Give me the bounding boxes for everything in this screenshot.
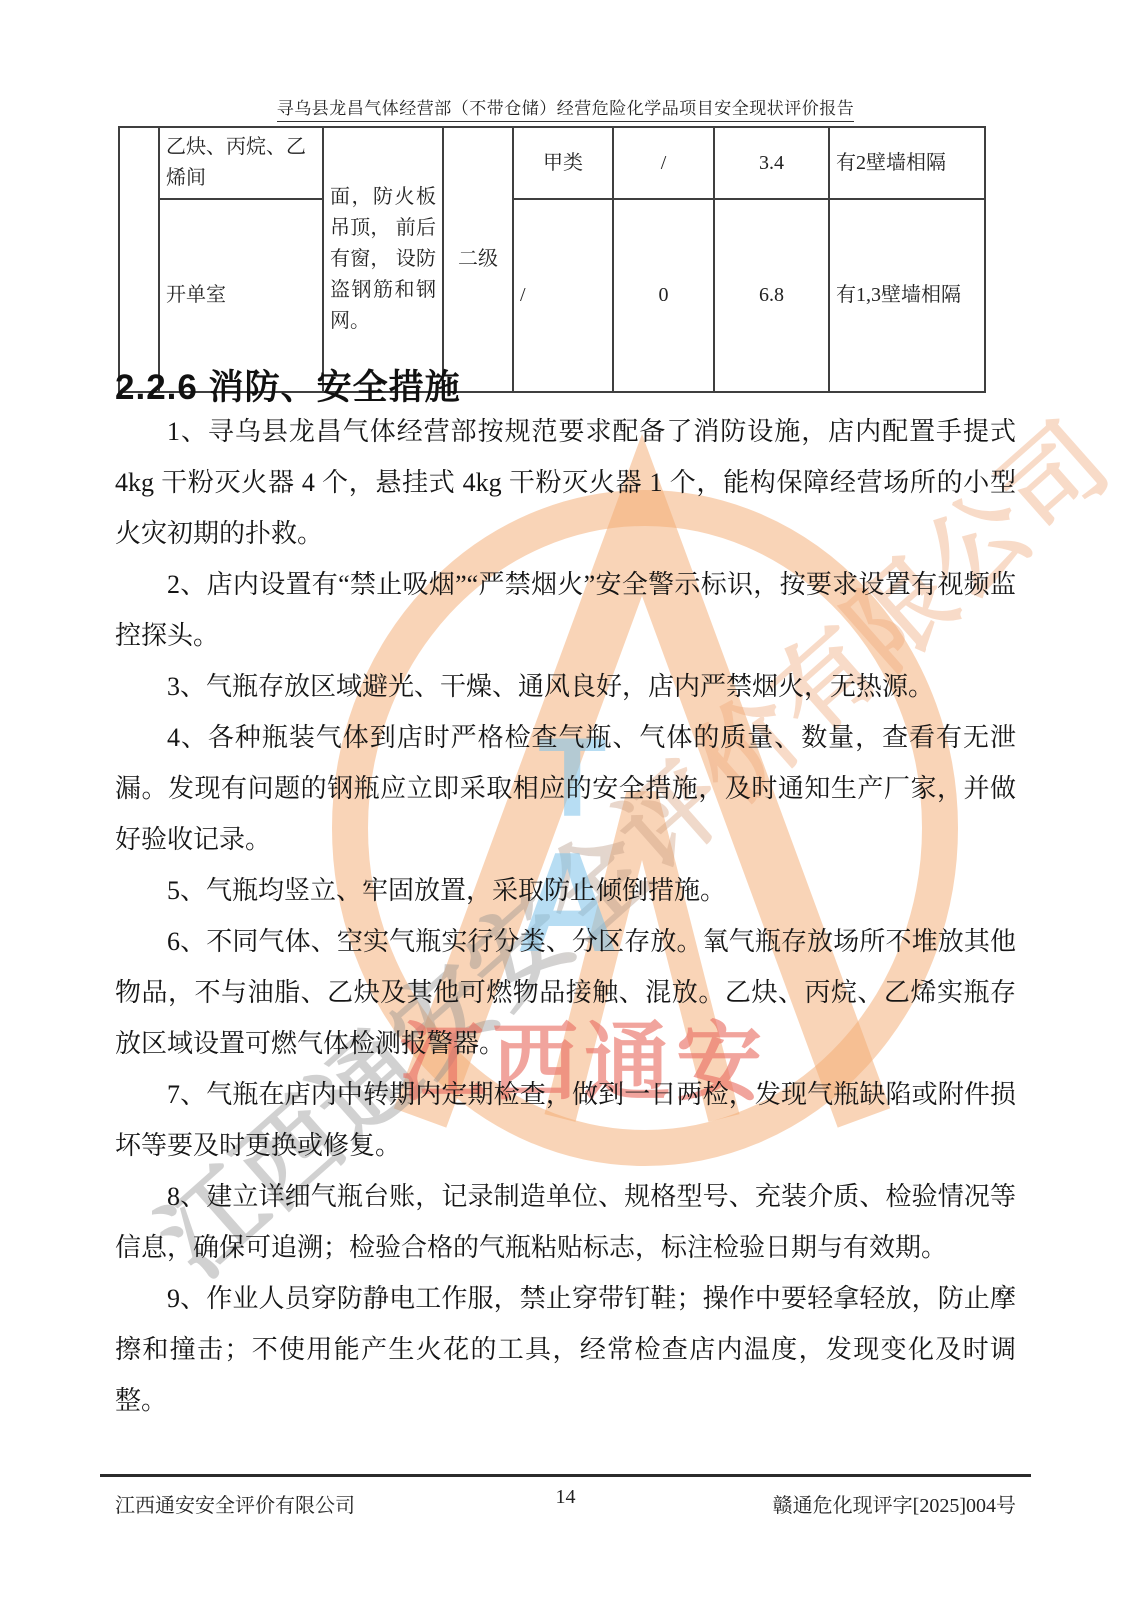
cell-construction: 面，防火板吊顶， 前后有窗， 设防盗钢筋和钢网。	[323, 127, 443, 392]
footer-doc-number: 赣通危化现评字[2025]004号	[773, 1489, 1016, 1518]
paragraph-7: 7、气瓶在店内中转期内定期检查，做到一日两检，发现气瓶缺陷或附件损坏等要及时更换…	[115, 1069, 1016, 1171]
cell-value: 3.4	[714, 127, 829, 199]
paragraph-5: 5、气瓶均竖立、牢固放置，采取防止倾倒措施。	[115, 865, 1016, 916]
cell-room-name: 乙炔、丙烷、乙烯间	[159, 127, 323, 199]
building-spec-table: 乙炔、丙烷、乙烯间 面，防火板吊顶， 前后有窗， 设防盗钢筋和钢网。 二级 甲类…	[118, 126, 986, 393]
body-text: 1、寻乌县龙昌气体经营部按规范要求配备了消防设施，店内配置手提式 4kg 干粉灭…	[115, 406, 1016, 1426]
cell-separation: 有2壁墙相隔	[829, 127, 985, 199]
paragraph-2: 2、店内设置有“禁止吸烟”“严禁烟火”安全警示标识，按要求设置有视频监控探头。	[115, 559, 1016, 661]
cell-value: /	[613, 127, 714, 199]
paragraph-9: 9、作业人员穿防静电工作服，禁止穿带钉鞋；操作中要轻拿轻放，防止摩擦和撞击；不使…	[115, 1273, 1016, 1426]
table-row: 乙炔、丙烷、乙烯间 面，防火板吊顶， 前后有窗， 设防盗钢筋和钢网。 二级 甲类…	[119, 127, 985, 199]
paragraph-8: 8、建立详细气瓶台账，记录制造单位、规格型号、充装介质、检验情况等信息，确保可追…	[115, 1171, 1016, 1273]
page-header: 寻乌县龙昌气体经营部（不带仓储）经营危险化学品项目安全现状评价报告	[0, 94, 1131, 122]
cell-left-stub	[119, 127, 159, 392]
cell-grade: 二级	[443, 127, 513, 392]
document-content: 寻乌县龙昌气体经营部（不带仓储）经营危险化学品项目安全现状评价报告 乙炔、丙烷、…	[0, 0, 1131, 1600]
report-title: 寻乌县龙昌气体经营部（不带仓储）经营危险化学品项目安全现状评价报告	[277, 94, 855, 122]
paragraph-4: 4、各种瓶装气体到店时严格检查气瓶、气体的质量、数量，查看有无泄漏。发现有问题的…	[115, 712, 1016, 865]
paragraph-1: 1、寻乌县龙昌气体经营部按规范要求配备了消防设施，店内配置手提式 4kg 干粉灭…	[115, 406, 1016, 559]
paragraph-6: 6、不同气体、空实气瓶实行分类、分区存放。氧气瓶存放场所不堆放其他物品，不与油脂…	[115, 916, 1016, 1069]
cell-fire-class: 甲类	[513, 127, 613, 199]
section-heading: 2.2.6 消防、安全措施	[115, 360, 1015, 410]
document-page: 江西通安安全评价有限公司 T A 江西通安 寻乌县龙昌气体经营部（不带仓储）经营…	[0, 0, 1131, 1600]
paragraph-3: 3、气瓶存放区域避光、干燥、通风良好，店内严禁烟火，无热源。	[115, 661, 1016, 712]
footer-divider	[100, 1474, 1031, 1477]
